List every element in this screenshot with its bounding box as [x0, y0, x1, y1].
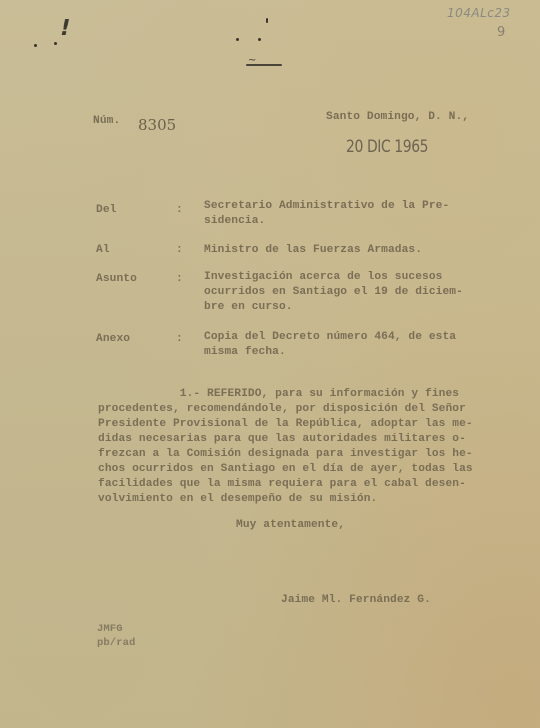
- body-paragraph: 1.- REFERIDO, para su información y fine…: [98, 387, 473, 507]
- field-colon: :: [176, 203, 183, 218]
- field-line: bre en curso.: [204, 301, 293, 313]
- field-value-al: Ministro de las Fuerzas Armadas.: [204, 243, 422, 258]
- ink-dot: [258, 38, 261, 41]
- body-line: frezcan a la Comisión designada para inv…: [98, 448, 473, 460]
- initials-line: JMFG: [97, 623, 123, 635]
- document-page: ! ~ 104ALc23 9 Núm. 8305 Santo Domingo, …: [0, 0, 540, 728]
- field-value-anexo: Copia del Decreto número 464, de esta mi…: [204, 330, 456, 360]
- field-label-del: Del: [96, 203, 116, 218]
- ink-mark: !: [57, 16, 72, 41]
- field-line: ocurridos en Santiago el 19 de diciem-: [204, 286, 463, 298]
- field-line: Investigación acerca de los sucesos: [204, 271, 442, 283]
- field-line: Secretario Administrativo de la Pre-: [204, 200, 449, 212]
- field-label-al: Al: [96, 243, 110, 258]
- closing-line: Muy atentamente,: [236, 518, 345, 533]
- field-line: sidencia.: [204, 215, 265, 227]
- field-label-anexo: Anexo: [96, 332, 130, 347]
- ink-dot: [236, 38, 239, 41]
- field-colon: :: [176, 332, 183, 347]
- field-colon: :: [176, 243, 183, 258]
- ink-dot: [266, 18, 268, 23]
- archive-number: 104ALc23: [447, 6, 511, 20]
- body-line: Presidente Provisional de la República, …: [98, 418, 473, 430]
- ink-scribble-line: [246, 64, 282, 66]
- reference-initials: JMFG pb/rad: [97, 622, 135, 650]
- ink-dot: [34, 44, 37, 47]
- field-line: misma fecha.: [204, 346, 286, 358]
- initials-line: pb/rad: [97, 637, 135, 649]
- field-colon: :: [176, 272, 183, 287]
- date-stamp: 20 DIC 1965: [346, 137, 428, 157]
- page-number: 9: [497, 25, 505, 40]
- body-line: facilidades que la misma requiera para e…: [98, 478, 466, 490]
- ink-dot: [54, 42, 57, 45]
- field-value-del: Secretario Administrativo de la Pre- sid…: [204, 199, 449, 229]
- place-line: Santo Domingo, D. N.,: [326, 110, 469, 125]
- body-line: 1.- REFERIDO, para su información y fine…: [98, 388, 459, 400]
- body-line: procedentes, recomendándole, por disposi…: [98, 403, 466, 415]
- number-label: Núm.: [93, 114, 120, 129]
- field-label-asunto: Asunto: [96, 272, 137, 287]
- signature-name: Jaime Ml. Fernández G.: [281, 593, 431, 608]
- body-line: volvimiento en el desempeño de su misión…: [98, 493, 377, 505]
- field-line: Copia del Decreto número 464, de esta: [204, 331, 456, 343]
- document-number: 8305: [138, 116, 176, 134]
- body-line: didas necesarias para que las autoridade…: [98, 433, 466, 445]
- body-line: chos ocurridos en Santiago en el día de …: [98, 463, 473, 475]
- field-line: Ministro de las Fuerzas Armadas.: [204, 244, 422, 256]
- field-value-asunto: Investigación acerca de los sucesos ocur…: [204, 270, 463, 315]
